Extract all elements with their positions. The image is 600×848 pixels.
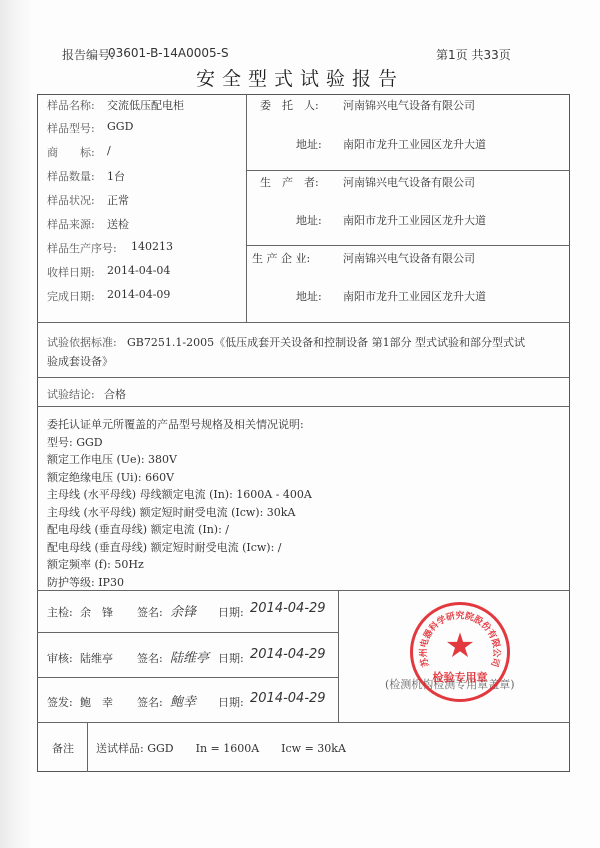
- conclusion-label: 试验结论:: [47, 386, 95, 402]
- handwritten-signature: 余锋: [170, 601, 196, 620]
- signature-label: 签名:: [137, 604, 163, 620]
- serial-label: 样品生产序号:: [47, 240, 117, 256]
- producer-label: 生 产 者:: [260, 174, 319, 190]
- sample-model-label: 样品型号:: [47, 120, 95, 136]
- specs-heading: 委托认证单元所覆盖的产品型号规格及相关情况说明:: [47, 416, 312, 434]
- spec-line: 主母线 (水平母线) 母线额定电流 (In): 1600A - 400A: [47, 486, 312, 504]
- divider: [338, 590, 339, 722]
- spec-line: 额定频率 (f): 50Hz: [47, 556, 312, 574]
- manufacturer-address: 南阳市龙升工业园区龙升大道: [343, 288, 486, 304]
- remarks: 送试样品: GGD In = 1600A Icw = 30kA: [96, 740, 346, 756]
- manufacturer-label: 生 产 企 业:: [252, 250, 310, 266]
- completed-date-label: 完成日期:: [47, 288, 95, 304]
- spec-line: 型号: GGD: [47, 434, 312, 452]
- client-address: 南阳市龙升工业园区龙升大道: [343, 136, 486, 152]
- divider: [37, 377, 570, 378]
- client-address-label: 地址:: [296, 136, 322, 152]
- brand-label: 商 标:: [47, 144, 95, 160]
- spec-line: 防护等级: IP30: [47, 574, 312, 592]
- quantity: 1台: [107, 168, 125, 184]
- producer: 河南锦兴电气设备有限公司: [343, 174, 475, 190]
- conclusion: 合格: [104, 386, 126, 402]
- sample-name: 交流低压配电柜: [107, 97, 184, 113]
- source-label: 样品来源:: [47, 216, 95, 232]
- signature-person: 陆维亭: [80, 650, 113, 666]
- divider: [37, 406, 570, 407]
- divider: [37, 677, 338, 678]
- binding-margin: [0, 0, 30, 848]
- divider: [37, 632, 338, 633]
- star-icon: ★: [413, 629, 507, 663]
- received-date-label: 收样日期:: [47, 264, 95, 280]
- condition-label: 样品状况:: [47, 192, 95, 208]
- divider: [246, 245, 570, 246]
- spec-line: 配电母线 (垂直母线) 额定短时耐受电流 (Icw): /: [47, 539, 312, 557]
- report-title: 安全型式试验报告: [0, 64, 600, 91]
- quantity-label: 样品数量:: [47, 168, 95, 184]
- signature-person: 余 锋: [80, 604, 113, 620]
- date-label: 日期:: [218, 694, 244, 710]
- remarks-label: 备注: [52, 740, 74, 756]
- spec-line: 主母线 (水平母线) 额定短时耐受电流 (Icw): 30kA: [47, 504, 312, 522]
- signature-role: 主检:: [47, 604, 73, 620]
- signature-role: 审核:: [47, 650, 73, 666]
- standard-line-2: 验成套设备》: [47, 353, 113, 369]
- handwritten-signature: 陆维亭: [170, 647, 209, 666]
- source: 送检: [107, 216, 129, 232]
- date-label: 日期:: [218, 604, 244, 620]
- completed-date: 2014-04-09: [107, 288, 170, 301]
- official-seal: 苏州电器科学研究院股份有限公司 ★ 检验专用章: [410, 602, 510, 702]
- manufacturer-address-label: 地址:: [296, 288, 322, 304]
- divider: [37, 722, 570, 723]
- sample-model: GGD: [107, 120, 133, 133]
- serial: 140213: [131, 240, 173, 253]
- date-label: 日期:: [218, 650, 244, 666]
- report-number-label: 报告编号:: [62, 46, 114, 63]
- divider: [87, 722, 88, 772]
- signature-date: 2014-04-29: [250, 691, 326, 706]
- divider: [37, 322, 570, 323]
- condition: 正常: [107, 192, 129, 208]
- seal-inner-text: 检验专用章: [413, 669, 507, 685]
- report-number: 03601-B-14A0005-S: [108, 46, 229, 60]
- producer-address-label: 地址:: [296, 212, 322, 228]
- standard-label: 试验依据标准:: [47, 334, 117, 350]
- specs-block: 委托认证单元所覆盖的产品型号规格及相关情况说明: 型号: GGD 额定工作电压 …: [47, 416, 312, 591]
- brand: /: [107, 144, 111, 157]
- sample-name-label: 样品名称:: [47, 97, 95, 113]
- divider: [246, 94, 247, 322]
- divider: [246, 170, 570, 171]
- spec-line: 配电母线 (垂直母线) 额定电流 (In): /: [47, 521, 312, 539]
- signature-date: 2014-04-29: [250, 647, 326, 662]
- signature-person: 鲍 幸: [80, 694, 113, 710]
- standard-line-1: GB7251.1-2005《低压成套开关设备和控制设备 第1部分 型式试验和部分…: [127, 334, 525, 350]
- client-label: 委 托 人:: [260, 97, 319, 113]
- signature-label: 签名:: [137, 694, 163, 710]
- manufacturer: 河南锦兴电气设备有限公司: [343, 250, 475, 266]
- spec-line: 额定工作电压 (Ue): 380V: [47, 451, 312, 469]
- spec-line: 额定绝缘电压 (Ui): 660V: [47, 469, 312, 487]
- producer-address: 南阳市龙升工业园区龙升大道: [343, 212, 486, 228]
- signature-role: 签发:: [47, 694, 73, 710]
- page-info: 第1页 共33页: [436, 46, 511, 63]
- received-date: 2014-04-04: [107, 264, 170, 277]
- handwritten-signature: 鲍幸: [170, 691, 196, 710]
- signature-label: 签名:: [137, 650, 163, 666]
- client: 河南锦兴电气设备有限公司: [343, 97, 475, 113]
- signature-date: 2014-04-29: [250, 601, 326, 616]
